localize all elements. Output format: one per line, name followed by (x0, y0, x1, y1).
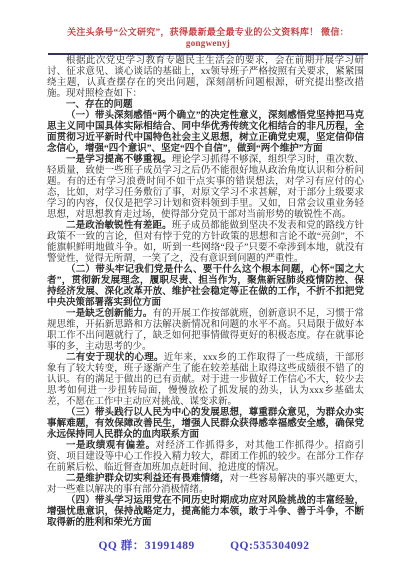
paragraph-lead: （二）带头牢记我们党是什么、要干什么这个根本问题，心怀“国之大者”，贯彻新发展理… (47, 265, 364, 308)
paragraph-item-3-2: 二是维护群众切实利益还有畏难情绪，对一些容易解决的事兴趣更大，对一些难以解决的事… (47, 474, 364, 496)
document-page: 关注头条号“公文研究”，获得最新最全最专业的公文资料库！ 微信：gongweny… (0, 0, 408, 580)
paragraph-lead: （一）带头深刻感悟“两个确立”的决定性意义，深刻感悟党坚持把马克思主义同中国具体… (47, 111, 364, 154)
paragraph-lead: 一是缺乏创新能力。 (66, 309, 153, 319)
paragraph-item-1-1: 一是学习提高不够重视。理论学习抓得不够深，组织学习时，重次数、轻质量，致使一些班… (47, 155, 364, 221)
subsection-heading-4: （四）带头学习运用党在不同历史时期成功应对风险挑战的丰富经验，增强忧患意识，保持… (47, 496, 364, 529)
paragraph-item-3-1: 一是政绩观有偏差。对经济工作抓得多，对其他工作抓得少。招商引资、项目建设等中心工… (47, 441, 364, 474)
paragraph-item-2-2: 二有安于现状的心理。近年来，xxx乡的工作取得了一些成绩，干部形象有了较大转变，… (47, 353, 364, 408)
document-body: 根据此次党史学习教育专题民主生活会的要求，会在前期开展学习研讨、征求意见、谈心谈… (47, 56, 364, 529)
contact-footer: QQ 群：31991489 QQ:535304092 (0, 537, 408, 553)
paragraph-lead: 二是维护群众切实利益还有畏难情绪， (66, 474, 229, 484)
subsection-heading-2: （二）带头牢记我们党是什么、要干什么这个根本问题，心怀“国之大者”，贯彻新发展理… (47, 265, 364, 309)
promo-header: 关注头条号“公文研究”，获得最新最全最专业的公文资料库！ 微信：gongweny… (48, 25, 368, 55)
subsection-heading-1: （一）带头深刻感悟“两个确立”的决定性意义，深刻感悟党坚持把马克思主义同中国具体… (47, 111, 364, 155)
paragraph-lead: 一、存在的问题 (66, 100, 133, 110)
paragraph-lead: 二有安于现状的心理。 (66, 353, 164, 363)
promo-header-text: 关注头条号“公文研究”，获得最新最全最专业的公文资料库！ 微信：gongweny… (67, 27, 349, 48)
paragraph-lead: （三）带头践行以人民为中心的发展思想，尊重群众意见，为群众办实事解难题，有效保障… (47, 408, 364, 440)
paragraph-text: 根据此次党史学习教育专题民主生活会的要求，会在前期开展学习研讨、征求意见、谈心谈… (47, 56, 364, 99)
paragraph-item-1-2: 二是政治敏锐性有差距。班子成员都能做到坚决不发表和党的路线方针政策不一致的言论，… (47, 221, 364, 265)
paragraph-lead: 一是政绩观有偏差。 (66, 441, 156, 451)
paragraph-lead: （四）带头学习运用党在不同历史时期成功应对风险挑战的丰富经验，增强忧患意识，保持… (47, 496, 364, 528)
subsection-heading-3: （三）带头践行以人民为中心的发展思想，尊重群众意见，为群众办实事解难题，有效保障… (47, 408, 364, 441)
section-heading-problems: 一、存在的问题 (47, 100, 364, 111)
qq-number-text: QQ:535304092 (230, 540, 309, 552)
qq-group-text: QQ 群：31991489 (98, 537, 194, 553)
paragraph-item-2-1: 一是缺乏创新能力。有的开展工作按部就班，创新意识不足，习惯于常规思维，开拓新思路… (47, 309, 364, 353)
paragraph-lead: 一是学习提高不够重视。 (66, 155, 172, 165)
paragraph-lead: 二是政治敏锐性有差距。 (66, 221, 172, 231)
paragraph-intro: 根据此次党史学习教育专题民主生活会的要求，会在前期开展学习研讨、征求意见、谈心谈… (47, 56, 364, 100)
